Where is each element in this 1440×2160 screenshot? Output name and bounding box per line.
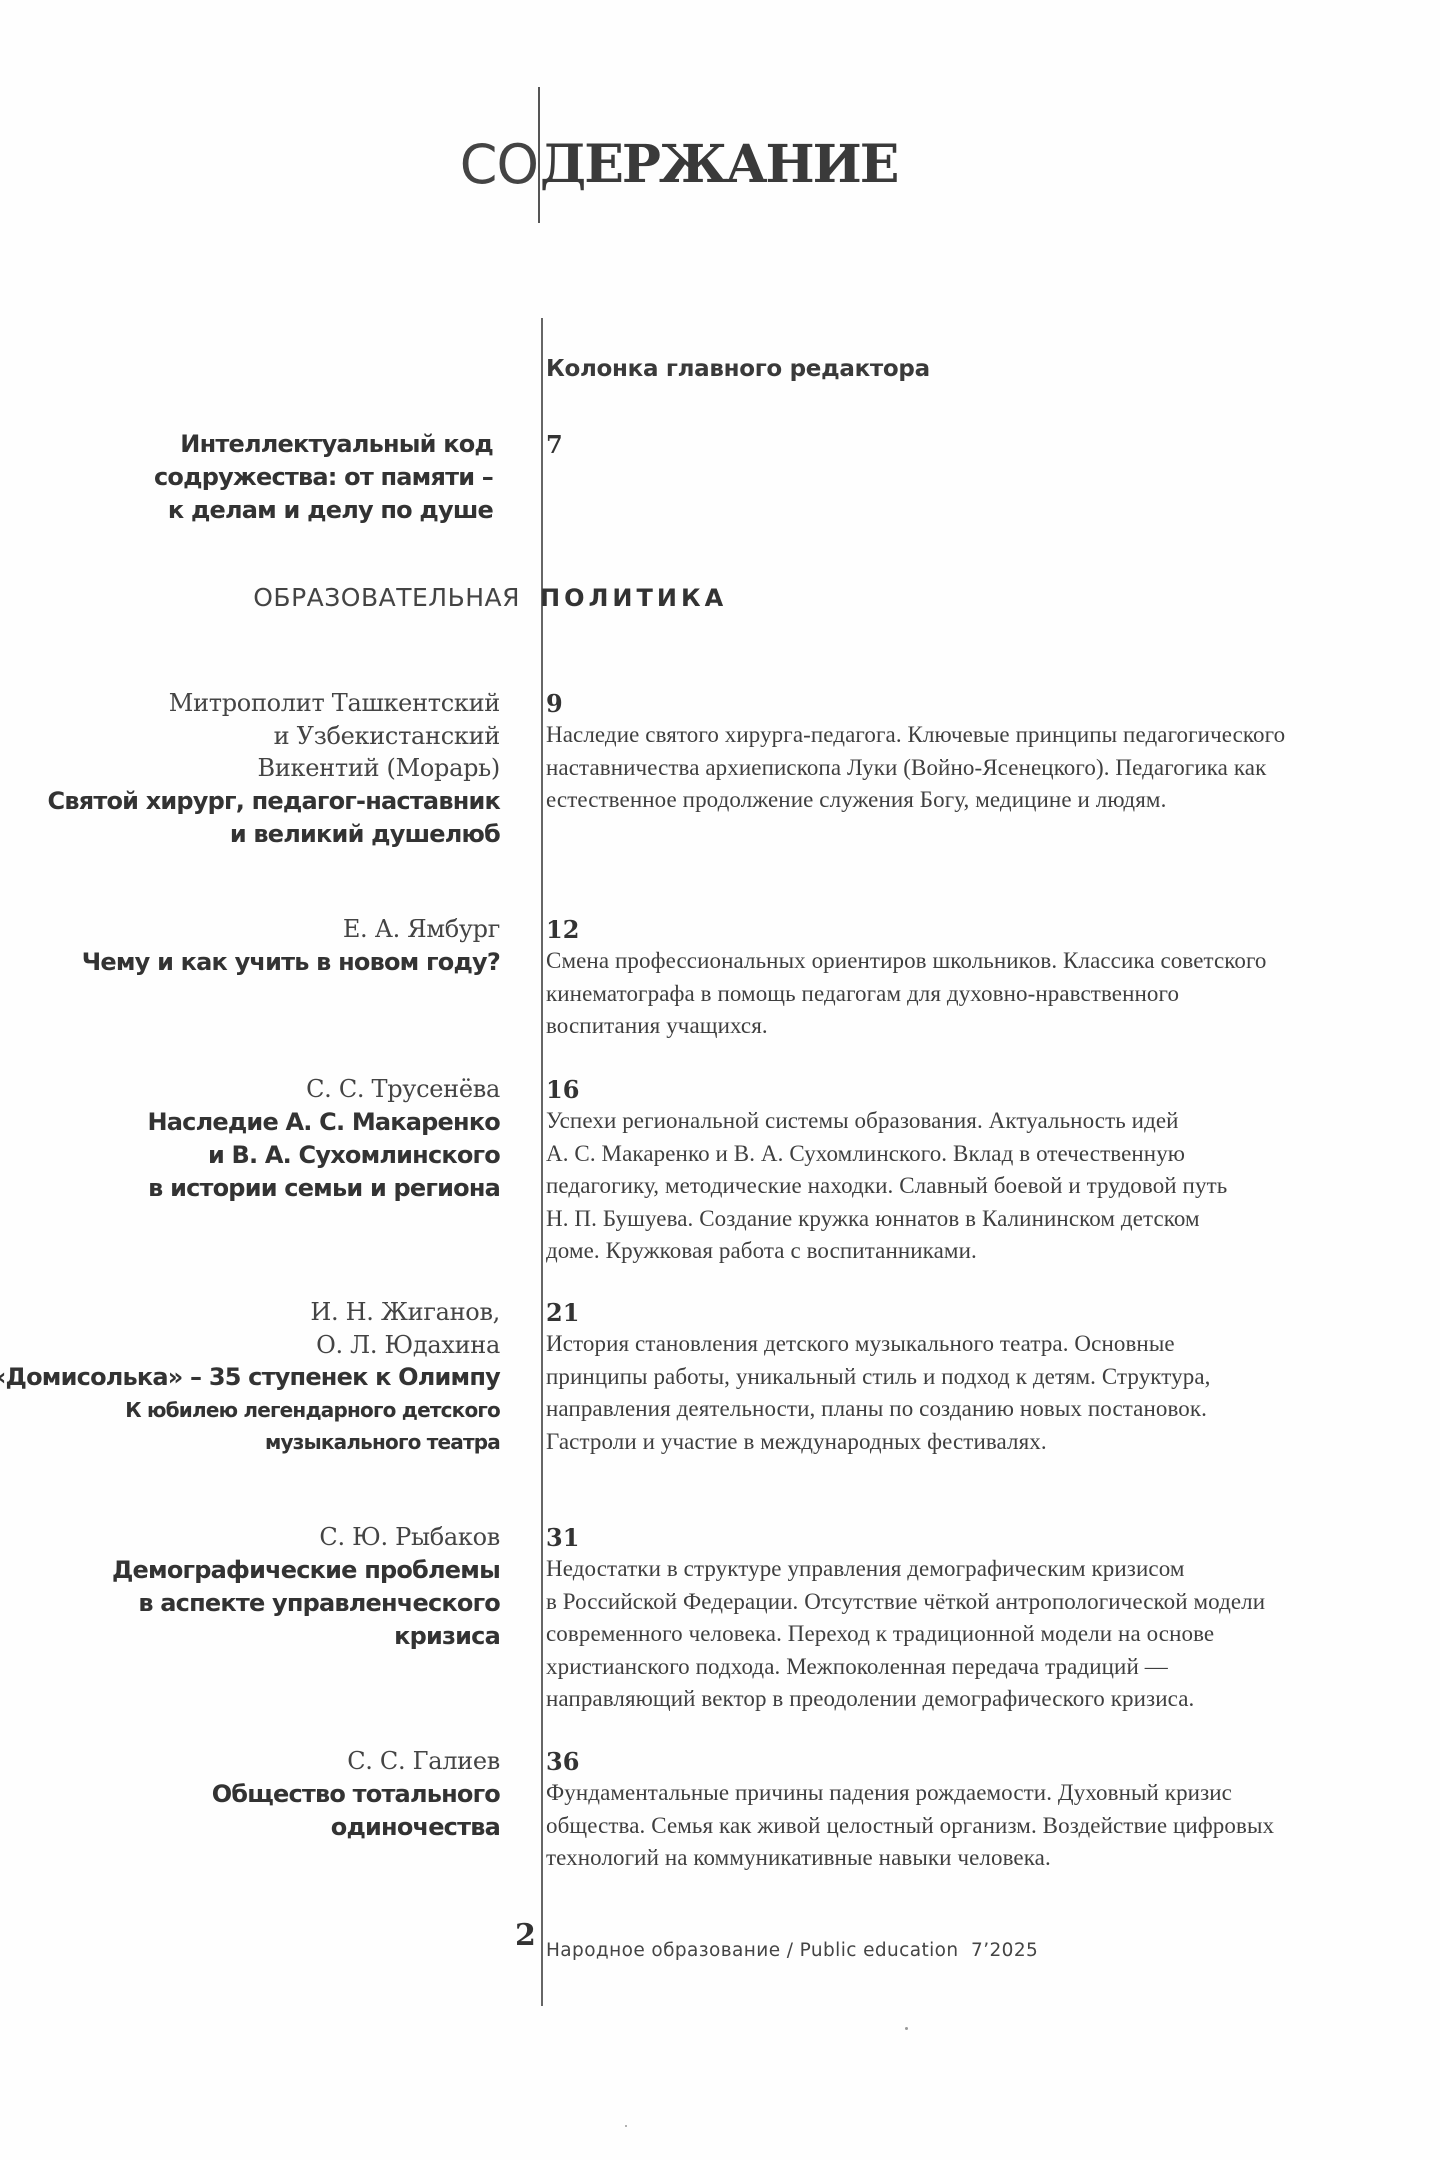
title-line: и В. А. Сухомлинского <box>0 1139 500 1172</box>
description-line: общества. Семья как живой целостный орга… <box>546 1810 1346 1843</box>
toc-entry-right: 16Успехи региональной системы образовани… <box>546 1075 1346 1268</box>
description-line: А. С. Макаренко и В. А. Сухомлинского. В… <box>546 1138 1346 1171</box>
author-line: Викентий (Морарь) <box>0 752 500 785</box>
description-line: Гастроли и участие в международных фести… <box>546 1426 1346 1459</box>
description-line: Недостатки в структуре управления демогр… <box>546 1553 1346 1586</box>
page-title-left: СО <box>460 130 538 200</box>
title-line: кризиса <box>0 1620 500 1653</box>
author-line: С. С. Галиев <box>0 1745 500 1778</box>
entry-authors: Митрополит Ташкентскийи УзбекистанскийВи… <box>0 687 500 785</box>
description-line: Смена профессиональных ориентиров школьн… <box>546 945 1346 978</box>
page-title: СО ДЕРЖАНИЕ <box>0 130 1440 200</box>
description-line: современного человека. Переход к традици… <box>546 1618 1346 1651</box>
toc-entry-right: 36Фундаментальные причины падения рождае… <box>546 1747 1346 1875</box>
description-line: воспитания учащихся. <box>546 1010 1346 1043</box>
toc-entry-left[interactable]: Е. А. ЯмбургЧему и как учить в новом год… <box>0 913 500 979</box>
editor-title-line: к делам и делу по душе <box>0 494 493 527</box>
title-line: одиночества <box>0 1811 500 1844</box>
title-line: Святой хирург, педагог-наставник <box>0 785 500 818</box>
scan-speck <box>905 2027 908 2030</box>
entry-description: Наследие святого хирурга-педагога. Ключе… <box>546 719 1346 817</box>
entry-title[interactable]: Демографические проблемыв аспекте управл… <box>0 1554 500 1653</box>
title-line: «Домисолька» – 35 ступенек к Олимпу <box>0 1361 500 1394</box>
toc-entry-right: 31Недостатки в структуре управления демо… <box>546 1523 1346 1716</box>
entry-page-number[interactable]: 31 <box>546 1523 1346 1553</box>
editor-column-page[interactable]: 7 <box>546 430 1346 460</box>
entry-title[interactable]: Общество тотальногоодиночества <box>0 1778 500 1844</box>
entry-description: История становления детского музыкальног… <box>546 1328 1346 1458</box>
subtitle-line: музыкального театра <box>0 1426 500 1458</box>
footer-page-number: 2 <box>515 1918 536 1953</box>
entry-description: Фундаментальные причины падения рождаемо… <box>546 1777 1346 1875</box>
description-line: наставничества архиепископа Луки (Войно-… <box>546 752 1346 785</box>
entry-authors: С. С. Трусенёва <box>0 1073 500 1106</box>
title-line: в истории семьи и региона <box>0 1172 500 1205</box>
description-line: История становления детского музыкальног… <box>546 1328 1346 1361</box>
description-line: естественное продолжение служения Богу, … <box>546 784 1346 817</box>
entry-title[interactable]: Чему и как учить в новом году? <box>0 946 500 979</box>
title-line: Демографические проблемы <box>0 1554 500 1587</box>
section-heading-left: ОБРАЗОВАТЕЛЬНАЯ <box>253 580 520 616</box>
description-line: технологий на коммуникативные навыки чел… <box>546 1842 1346 1875</box>
entry-description: Успехи региональной системы образования.… <box>546 1105 1346 1268</box>
entry-description: Недостатки в структуре управления демогр… <box>546 1553 1346 1716</box>
editor-title-line: Интеллектуальный код <box>0 428 493 461</box>
entry-authors: Е. А. Ямбург <box>0 913 500 946</box>
entry-page-number[interactable]: 21 <box>546 1298 1346 1328</box>
description-line: Успехи региональной системы образования.… <box>546 1105 1346 1138</box>
toc-page: СО ДЕРЖАНИЕ Колонка главного редактора И… <box>0 0 1440 2160</box>
author-line: О. Л. Юдахина <box>0 1329 500 1362</box>
entry-title[interactable]: «Домисолька» – 35 ступенек к Олимпу <box>0 1361 500 1394</box>
author-line: и Узбекистанский <box>0 720 500 753</box>
toc-entry-left[interactable]: С. С. ТрусенёваНаследие А. С. Макаренкои… <box>0 1073 500 1205</box>
toc-entry-left[interactable]: Митрополит Ташкентскийи УзбекистанскийВи… <box>0 687 500 851</box>
entry-description: Смена профессиональных ориентиров школьн… <box>546 945 1346 1043</box>
page-title-right: ДЕРЖАНИЕ <box>540 130 897 200</box>
toc-entry-right: 9Наследие святого хирурга-педагога. Ключ… <box>546 689 1346 817</box>
entry-page-number[interactable]: 36 <box>546 1747 1346 1777</box>
author-line: И. Н. Жиганов, <box>0 1296 500 1329</box>
toc-entry-left[interactable]: И. Н. Жиганов,О. Л. Юдахина«Домисолька» … <box>0 1296 500 1458</box>
author-line: С. С. Трусенёва <box>0 1073 500 1106</box>
description-line: направляющий вектор в преодолении демогр… <box>546 1683 1346 1716</box>
entry-page-number[interactable]: 9 <box>546 689 1346 719</box>
toc-entry-left[interactable]: С. С. ГалиевОбщество тотальногоодиночест… <box>0 1745 500 1844</box>
description-line: принципы работы, уникальный стиль и подх… <box>546 1361 1346 1394</box>
entry-title[interactable]: Наследие А. С. Макаренкои В. А. Сухомлин… <box>0 1106 500 1205</box>
title-line: в аспекте управленческого <box>0 1587 500 1620</box>
title-line: Чему и как учить в новом году? <box>0 946 500 979</box>
entry-title[interactable]: Святой хирург, педагог-наставники велики… <box>0 785 500 851</box>
description-line: Фундаментальные причины падения рождаемо… <box>546 1777 1346 1810</box>
entry-page-number[interactable]: 12 <box>546 915 1346 945</box>
author-line: Митрополит Ташкентский <box>0 687 500 720</box>
description-line: в Российской Федерации. Отсутствие чётко… <box>546 1586 1346 1619</box>
author-line: Е. А. Ямбург <box>0 913 500 946</box>
toc-entry-left[interactable]: С. Ю. РыбаковДемографические проблемыв а… <box>0 1521 500 1653</box>
entry-authors: И. Н. Жиганов,О. Л. Юдахина <box>0 1296 500 1361</box>
description-line: кинематографа в помощь педагогам для дух… <box>546 978 1346 1011</box>
entry-authors: С. Ю. Рыбаков <box>0 1521 500 1554</box>
editor-column-heading[interactable]: Колонка главного редактора <box>546 356 1346 382</box>
toc-entry-right: 12Смена профессиональных ориентиров школ… <box>546 915 1346 1043</box>
editor-column-title[interactable]: Интеллектуальный кодсодружества: от памя… <box>0 428 493 527</box>
toc-entry-right: 21История становления детского музыкальн… <box>546 1298 1346 1458</box>
entry-subtitle: К юбилею легендарного детскогомузыкально… <box>0 1394 500 1458</box>
description-line: доме. Кружковая работа с воспитанниками. <box>546 1235 1346 1268</box>
subtitle-line: К юбилею легендарного детского <box>0 1394 500 1426</box>
scan-speck <box>625 2125 627 2127</box>
description-line: христианского подхода. Межпоколенная пер… <box>546 1651 1346 1684</box>
title-line: Наследие А. С. Макаренко <box>0 1106 500 1139</box>
description-line: Н. П. Бушуева. Создание кружка юннатов в… <box>546 1203 1346 1236</box>
title-line: Общество тотального <box>0 1778 500 1811</box>
title-line: и великий душелюб <box>0 818 500 851</box>
editor-title-line: содружества: от памяти – <box>0 461 493 494</box>
footer-journal-title: Народное образование / Public education … <box>546 1940 1038 1961</box>
description-line: направления деятельности, планы по созда… <box>546 1393 1346 1426</box>
section-heading-right: ПОЛИТИКА <box>540 580 727 616</box>
description-line: педагогику, методические находки. Славны… <box>546 1170 1346 1203</box>
entry-authors: С. С. Галиев <box>0 1745 500 1778</box>
description-line: Наследие святого хирурга-педагога. Ключе… <box>546 719 1346 752</box>
vertical-rule-main <box>541 318 543 2006</box>
author-line: С. Ю. Рыбаков <box>0 1521 500 1554</box>
entry-page-number[interactable]: 16 <box>546 1075 1346 1105</box>
